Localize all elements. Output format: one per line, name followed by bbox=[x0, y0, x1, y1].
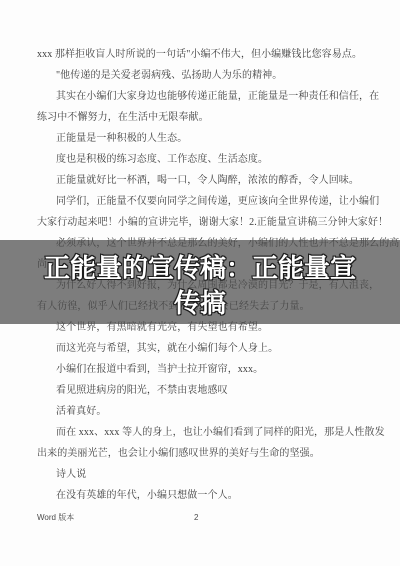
overlay-title: 正能量的宣传稿：正能量宣传搞 bbox=[0, 251, 400, 321]
text-line: 诗人说 bbox=[37, 464, 370, 485]
text-line: 看见照进病房的阳光，不禁由衷地感叹 bbox=[37, 380, 370, 401]
text-line: 正能量是一种积极的人生态。 bbox=[37, 128, 370, 149]
footer-page-number: 2 bbox=[194, 512, 198, 524]
page-footer: Word 版本 2 bbox=[0, 512, 400, 526]
text-line: 而这光亮与希望，其实，就在小编们每个人身上。 bbox=[37, 338, 370, 359]
text-line: 练习中不懈努力，在生活中无限奉献。 bbox=[37, 107, 370, 128]
text-line: "他传递的是关爱老弱病残、弘扬助人为乐的精神。 bbox=[37, 65, 370, 86]
document-page: xxx 那样拒收盲人时所说的一句话"小编不伟大，但小编赚钱比您容易点。"他传递的… bbox=[0, 0, 400, 566]
text-line: 正能量就好比一杯酒，喝一口，令人陶醉，浓浓的醇香，令人回味。 bbox=[37, 170, 370, 191]
text-line: 大家行动起来吧！小编的宣讲完毕，谢谢大家！2.正能量宣讲稿三分钟大家好！ bbox=[37, 212, 370, 233]
text-line: 出来的美丽光芒，也会让小编们感叹世界的美好与生命的坚强。 bbox=[37, 443, 370, 464]
footer-doc-type: Word 版本 bbox=[37, 512, 74, 524]
overlay-title-text: 正能量的宣传稿：正能量宣传搞 bbox=[35, 251, 365, 321]
text-line: xxx 那样拒收盲人时所说的一句话"小编不伟大，但小编赚钱比您容易点。 bbox=[37, 44, 370, 65]
text-line: 度也是积极的练习态度、工作态度、生活态度。 bbox=[37, 149, 370, 170]
text-line: 小编们在报道中看到，当护士拉开窗帘，xxx。 bbox=[37, 359, 370, 380]
text-line: 在没有英雄的年代，小编只想做一个人。 bbox=[37, 485, 370, 506]
text-line: 而在 xxx、xxx 等人的身上，也让小编们看到了同样的阳光，那是人性散发 bbox=[37, 422, 370, 443]
text-line: 同学们，正能量不仅要向同学之间传递，更应该向全世界传递，让小编们 bbox=[37, 191, 370, 212]
text-line: 活着真好。 bbox=[37, 401, 370, 422]
text-line: 其实在小编们大家身边也能够传递正能量，正能量是一种责任和信任，在 bbox=[37, 86, 370, 107]
